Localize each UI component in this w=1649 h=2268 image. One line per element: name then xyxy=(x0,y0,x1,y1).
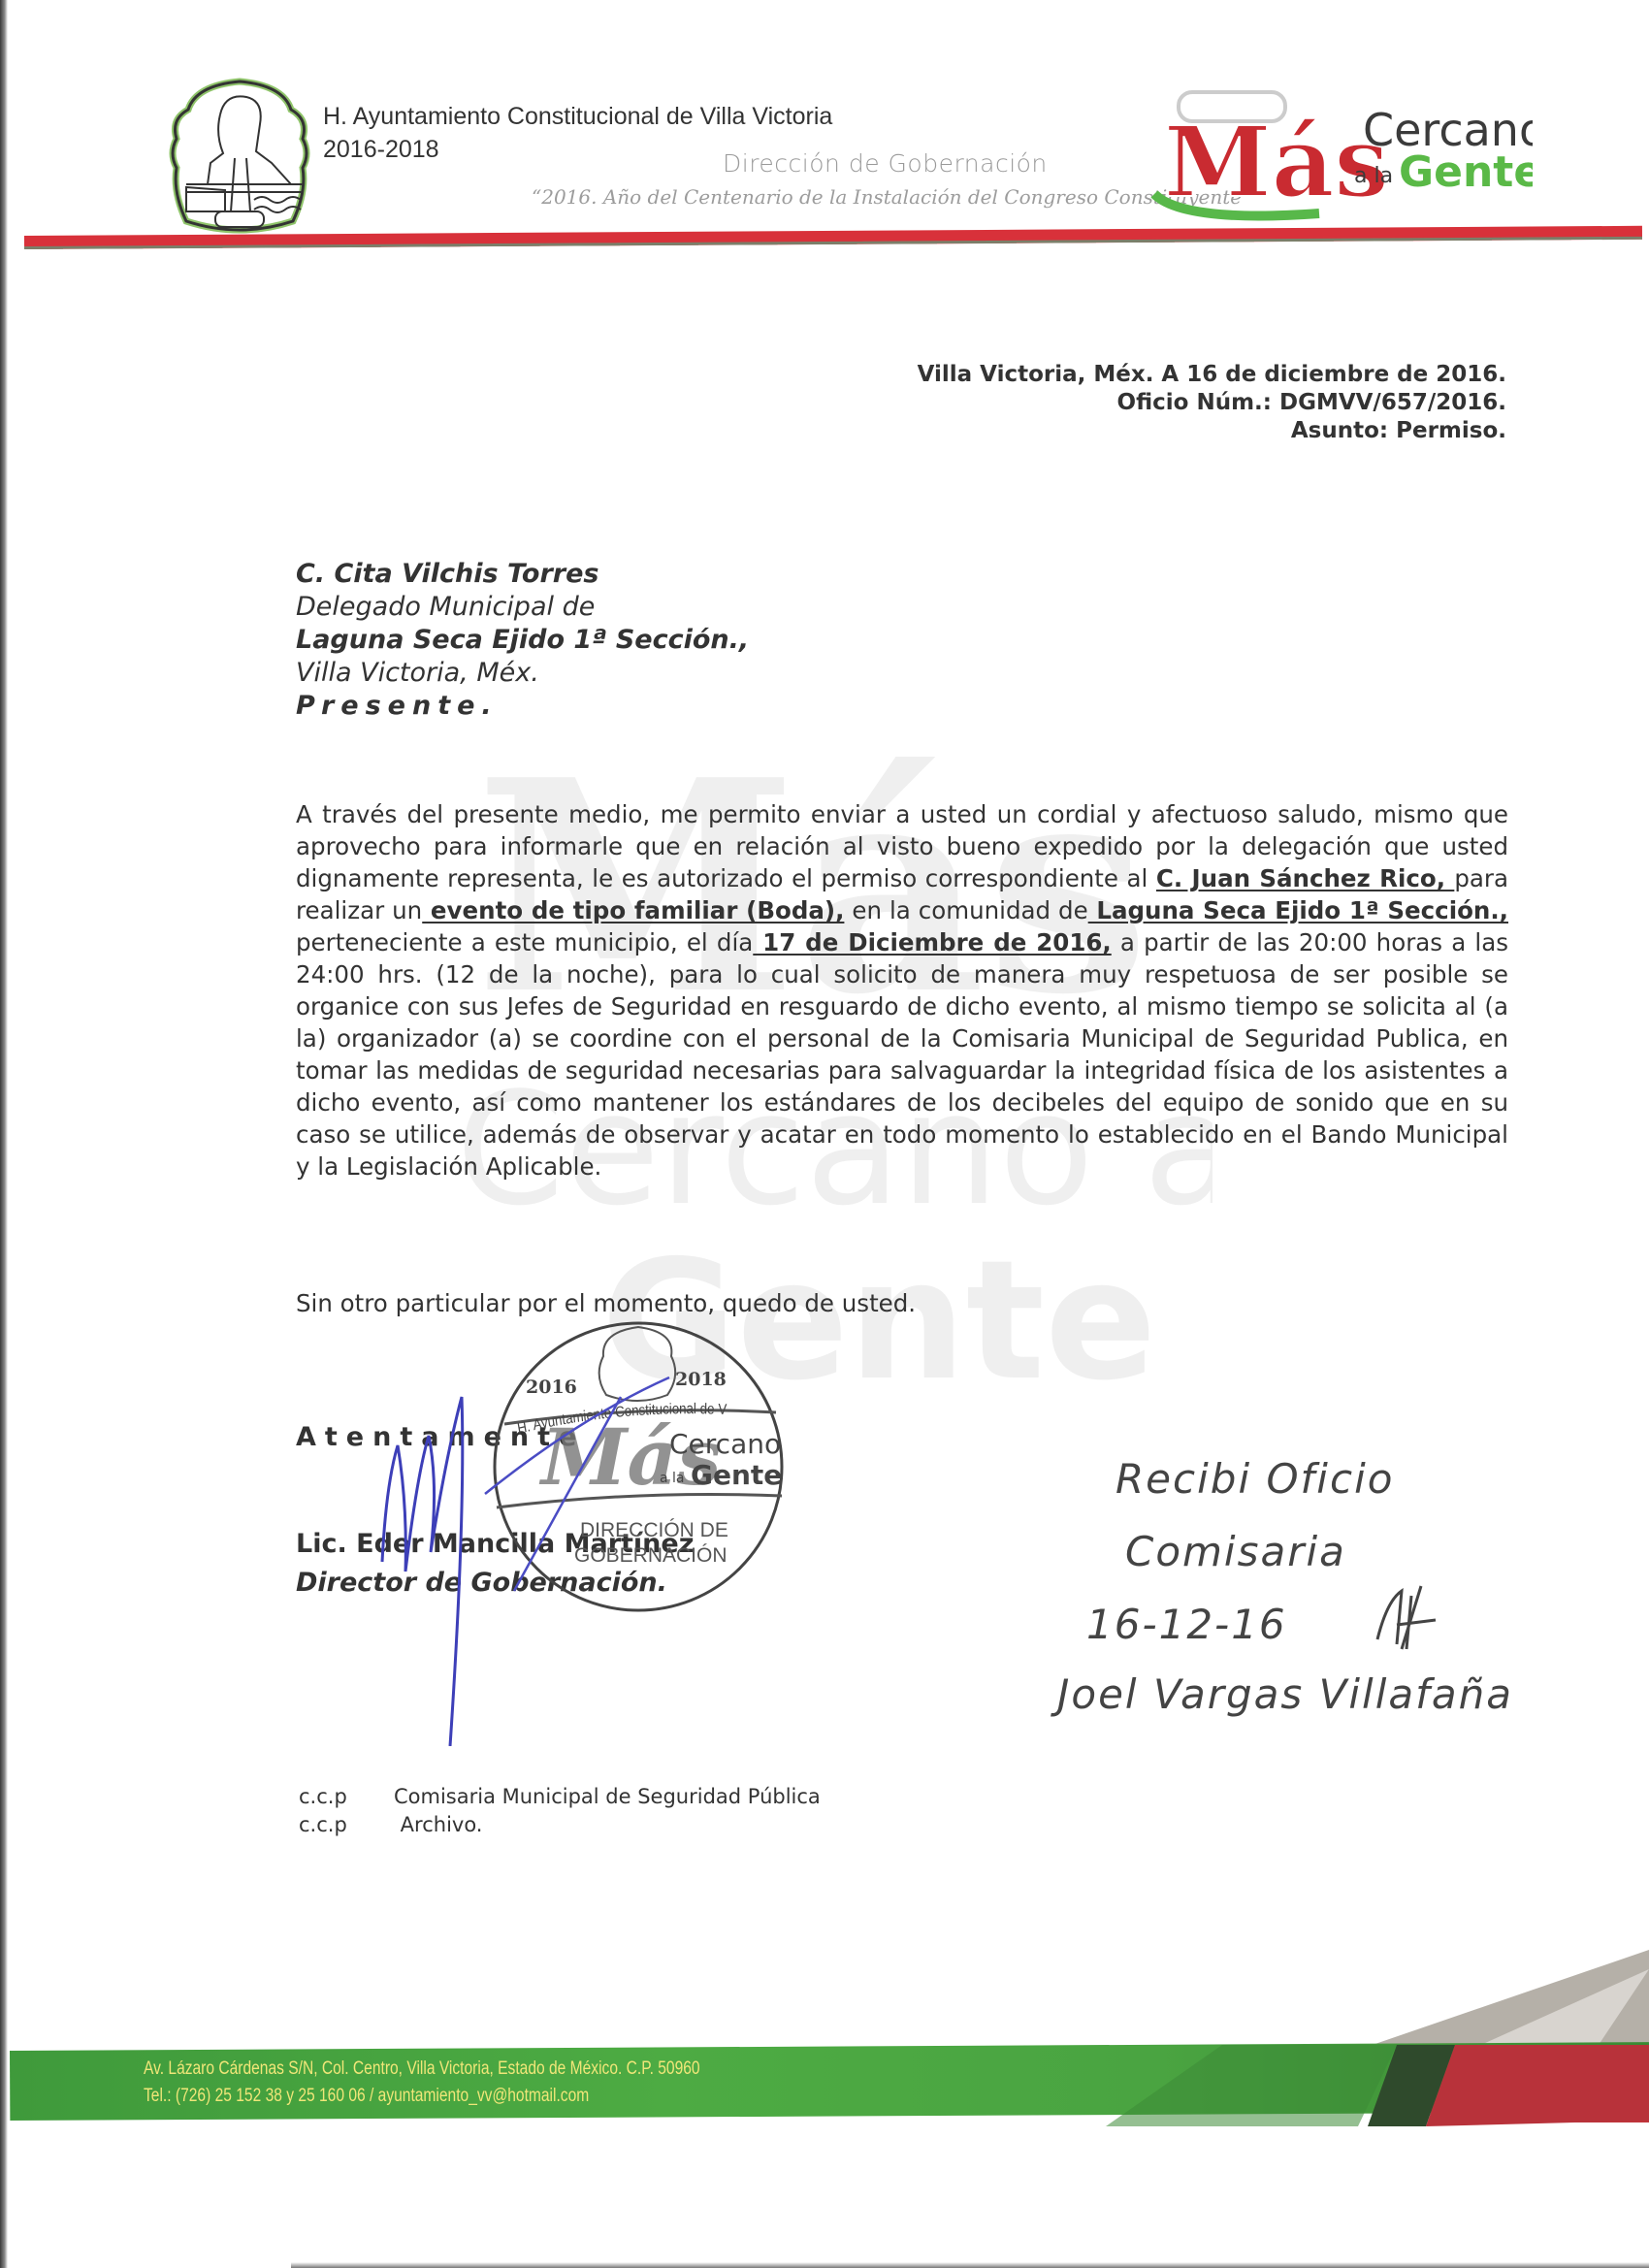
term-years: 2016-2018 xyxy=(323,136,439,164)
receiver-name: Joel Vargas Villafaña xyxy=(1057,1670,1513,1718)
mas-cercano-a-la-gente-logo-icon: Más Cercano a la Gente xyxy=(1125,87,1533,223)
footer-address: Av. Lázaro Cárdenas S/N, Col. Centro, Vi… xyxy=(144,2058,700,2080)
svg-text:a la: a la xyxy=(1354,164,1393,188)
subject: Asunto: Permiso. xyxy=(918,417,1506,445)
body-text: perteneciente a este municipio, el día xyxy=(296,928,753,956)
svg-text:Gente: Gente xyxy=(1399,147,1533,197)
handwritten-line: Recibi Oficio xyxy=(1115,1455,1394,1503)
closing-line: Sin otro particular por el momento, qued… xyxy=(296,1289,916,1317)
footer-contact: Tel.: (726) 25 152 38 y 25 160 06 / ayun… xyxy=(144,2086,589,2107)
body-text: en la comunidad de xyxy=(844,896,1087,924)
oficio-number: Oficio Núm.: DGMVV/657/2016. xyxy=(918,389,1506,417)
place-date: Villa Victoria, Méx. A 16 de diciembre d… xyxy=(918,361,1506,389)
date-block: Villa Victoria, Méx. A 16 de diciembre d… xyxy=(918,361,1506,445)
recipient-city: Villa Victoria, Méx. xyxy=(296,657,749,690)
scan-bottom-edge xyxy=(291,2262,1649,2268)
svg-text:Más: Más xyxy=(1164,105,1389,219)
recipient-locality: Laguna Seca Ejido 1ª Sección., xyxy=(296,624,749,657)
director-signature-icon xyxy=(369,1339,776,1746)
receiver-initials-icon xyxy=(1368,1581,1445,1659)
presente-label: Presente. xyxy=(296,690,749,723)
beneficiary-name: C. Juan Sánchez Rico, xyxy=(1156,864,1454,892)
event-date: 17 de Diciembre de 2016, xyxy=(753,928,1111,956)
municipal-coat-of-arms-icon xyxy=(167,76,312,241)
carbon-copy-list: c.c.p Comisaria Municipal de Seguridad P… xyxy=(299,1783,821,1839)
footer-band-shapes-icon xyxy=(1106,2045,1649,2126)
ccp-row: c.c.p Comisaria Municipal de Seguridad P… xyxy=(299,1783,821,1811)
handwritten-receipt: Recibi Oficio Comisaria 16-12-16 Joel Va… xyxy=(1057,1455,1494,1727)
recipient-block: C. Cita Vilchis Torres Delegado Municipa… xyxy=(296,558,749,723)
event-type: evento de tipo familiar (Boda), xyxy=(422,896,844,924)
handwritten-line: Comisaria xyxy=(1125,1528,1346,1575)
body-text: a partir de las 20:00 horas a las 24:00 … xyxy=(296,928,1508,1181)
department-name: Dirección de Gobernación xyxy=(723,149,1048,178)
event-community: Laguna Seca Ejido 1ª Sección., xyxy=(1088,896,1508,924)
ccp-value: Archivo. xyxy=(394,1811,483,1839)
ccp-key: c.c.p xyxy=(299,1811,394,1839)
recipient-name: C. Cita Vilchis Torres xyxy=(296,558,749,591)
recipient-position: Delegado Municipal de xyxy=(296,591,749,624)
ccp-key: c.c.p xyxy=(299,1783,394,1811)
ccp-row: c.c.p Archivo. xyxy=(299,1811,821,1839)
ccp-value: Comisaria Municipal de Seguridad Pública xyxy=(394,1783,821,1811)
org-name: H. Ayuntamiento Constitucional de Villa … xyxy=(323,103,832,131)
body-paragraph: A través del presente medio, me permito … xyxy=(296,798,1508,1183)
scan-edge xyxy=(0,0,8,2268)
handwritten-date: 16-12-16 xyxy=(1086,1601,1287,1648)
